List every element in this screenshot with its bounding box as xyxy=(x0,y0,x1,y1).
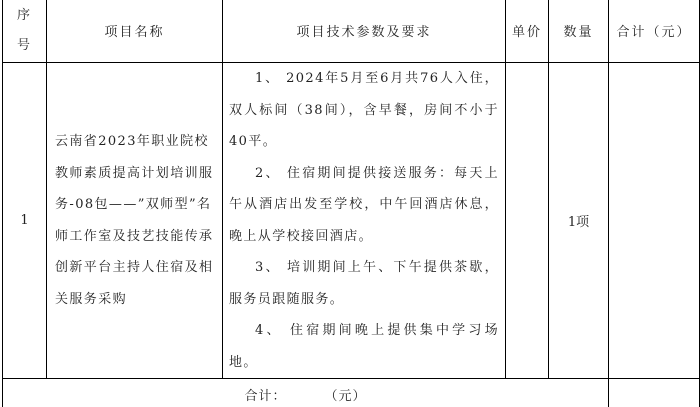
row-total xyxy=(609,63,700,379)
row-item-name-cell: 云南省2023年职业院校教师素质提高计划培训服务-08包——”双师型”名师工作室… xyxy=(47,63,223,379)
spec-item-1: 1、 2024年5月至6月共76人入住，双人标间（38间），含早餐，房间不小于4… xyxy=(229,63,499,158)
header-total: 合计（元） xyxy=(609,0,700,63)
footer-row: 合计：（元） xyxy=(3,379,700,407)
footer-total-label: 合计： xyxy=(244,385,286,404)
header-row: 序 号 项目名称 项目技术参数及要求 单价 数量 合计（元） xyxy=(3,0,700,63)
header-seq: 序 号 xyxy=(3,0,47,63)
row-seq: 1 xyxy=(3,63,47,379)
spec-item-2: 2、 住宿期间提供接送服务：每天上午从酒店出发至学校，中午回酒店休息，晚上从学校… xyxy=(229,158,499,253)
header-quantity: 数量 xyxy=(549,0,609,63)
header-unit-price: 单价 xyxy=(506,0,549,63)
row-unit-price xyxy=(506,63,549,379)
header-spec: 项目技术参数及要求 xyxy=(223,0,506,63)
spec-item-3: 3、 培训期间上午、下午提供茶歇，服务员跟随服务。 xyxy=(229,252,499,315)
footer-total-label-cell: 合计：（元） xyxy=(3,379,609,407)
header-item-name: 项目名称 xyxy=(47,0,223,63)
spec-item-4: 4、 住宿期间晚上提供集中学习场地。 xyxy=(229,315,499,378)
header-seq-line1: 序 xyxy=(3,1,46,31)
footer-total-value xyxy=(609,379,700,407)
procurement-table: 序 号 项目名称 项目技术参数及要求 单价 数量 合计（元） 1 云南省2023… xyxy=(2,0,700,407)
footer-total-unit: （元） xyxy=(325,385,367,404)
row-spec-cell: 1、 2024年5月至6月共76人入住，双人标间（38间），含早餐，房间不小于4… xyxy=(223,63,506,379)
row-quantity: 1项 xyxy=(549,63,609,379)
row-item-name: 云南省2023年职业院校教师素质提高计划培训服务-08包——”双师型”名师工作室… xyxy=(47,126,222,315)
header-seq-line2: 号 xyxy=(3,31,46,61)
table-row: 1 云南省2023年职业院校教师素质提高计划培训服务-08包——”双师型”名师工… xyxy=(3,63,700,379)
